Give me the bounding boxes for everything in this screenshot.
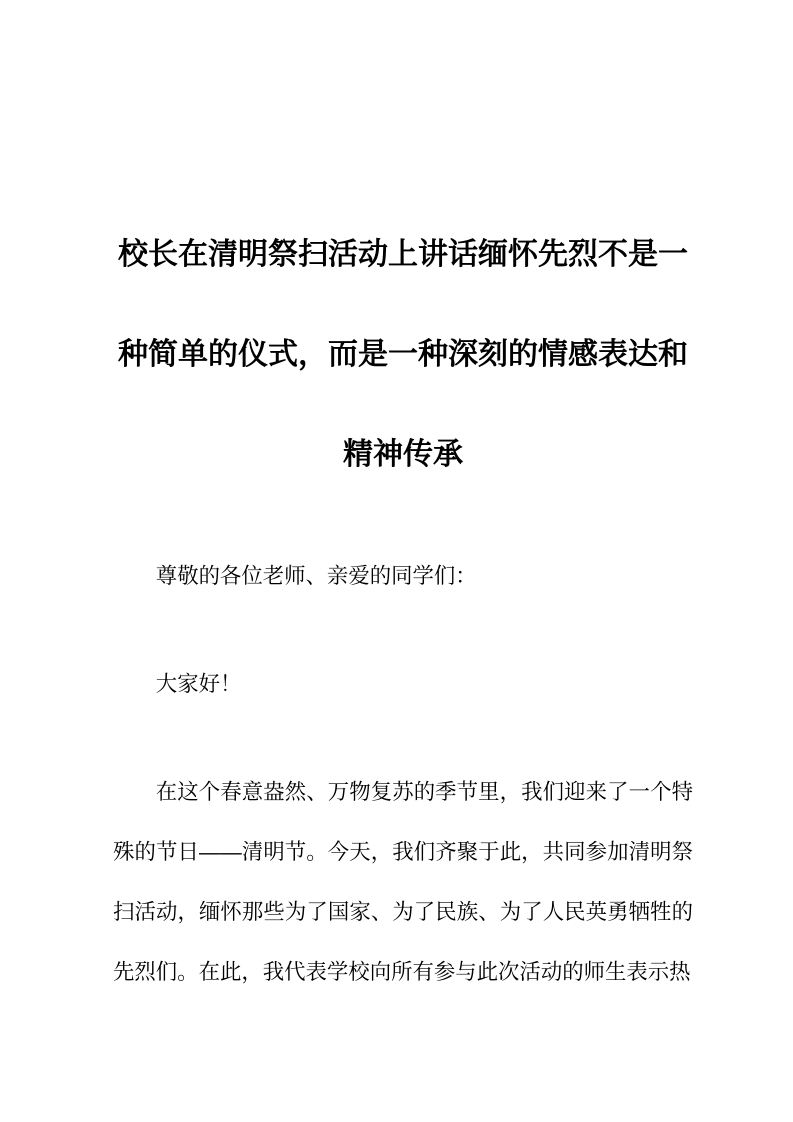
- salutation-paragraph: 大家好！: [113, 654, 693, 714]
- document-page: 校长在清明祭扫活动上讲话缅怀先烈不是一种简单的仪式，而是一种深刻的情感表达和精神…: [0, 0, 793, 1122]
- document-title: 校长在清明祭扫活动上讲话缅怀先烈不是一种简单的仪式，而是一种深刻的情感表达和精神…: [113, 205, 693, 505]
- greeting-paragraph: 尊敬的各位老师、亲爱的同学们：: [113, 546, 693, 606]
- body-paragraph: 在这个春意盎然、万物复苏的季节里，我们迎来了一个特殊的节日——清明节。今天，我们…: [113, 762, 693, 1002]
